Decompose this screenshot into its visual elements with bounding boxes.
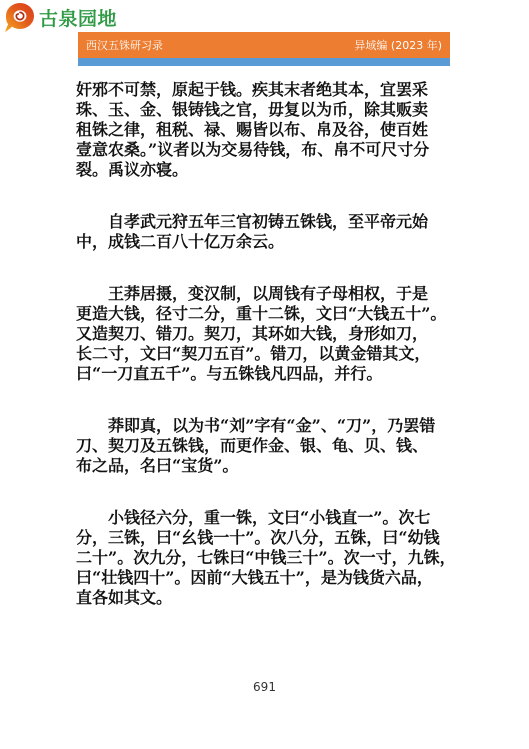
paragraph-4: 莽即真，以为书“刘”字有“金”、“刀”，乃罢错 刀、契刀及五铢钱，而更作金、银、… bbox=[76, 416, 488, 476]
site-logo[interactable]: 古泉园地 bbox=[4, 2, 117, 32]
paragraph-3: 王莽居摄，变汉制，以周钱有子母相权，于是 更造大钱，径寸二分，重十二铢，文曰“大… bbox=[76, 284, 488, 384]
page-content: 奸邪不可禁，原起于钱。疾其末者绝其本，宜罢采 珠、玉、金、银铸钱之官，毋复以为币… bbox=[76, 80, 488, 640]
paragraph-5: 小钱径六分，重一铢，文曰“小钱直一”。次七 分，三铢，曰“幺钱一十”。次八分，五… bbox=[76, 508, 488, 608]
title-bar-underline bbox=[78, 58, 450, 66]
volume-year-label: 异域编 (2023 年) bbox=[354, 37, 442, 53]
page-number: 691 bbox=[0, 680, 529, 694]
coin-swirl-icon bbox=[4, 2, 35, 32]
book-title: 西汉五铢研习录 bbox=[86, 37, 163, 53]
site-logo-text: 古泉园地 bbox=[39, 4, 117, 31]
paragraph-1: 奸邪不可禁，原起于钱。疾其末者绝其本，宜罢采 珠、玉、金、银铸钱之官，毋复以为币… bbox=[76, 80, 488, 180]
paragraph-2: 自孝武元狩五年三官初铸五铢钱，至平帝元始 中，成钱二百八十亿万余云。 bbox=[76, 212, 488, 252]
chapter-title-bar: 西汉五铢研习录 异域编 (2023 年) bbox=[78, 32, 450, 58]
